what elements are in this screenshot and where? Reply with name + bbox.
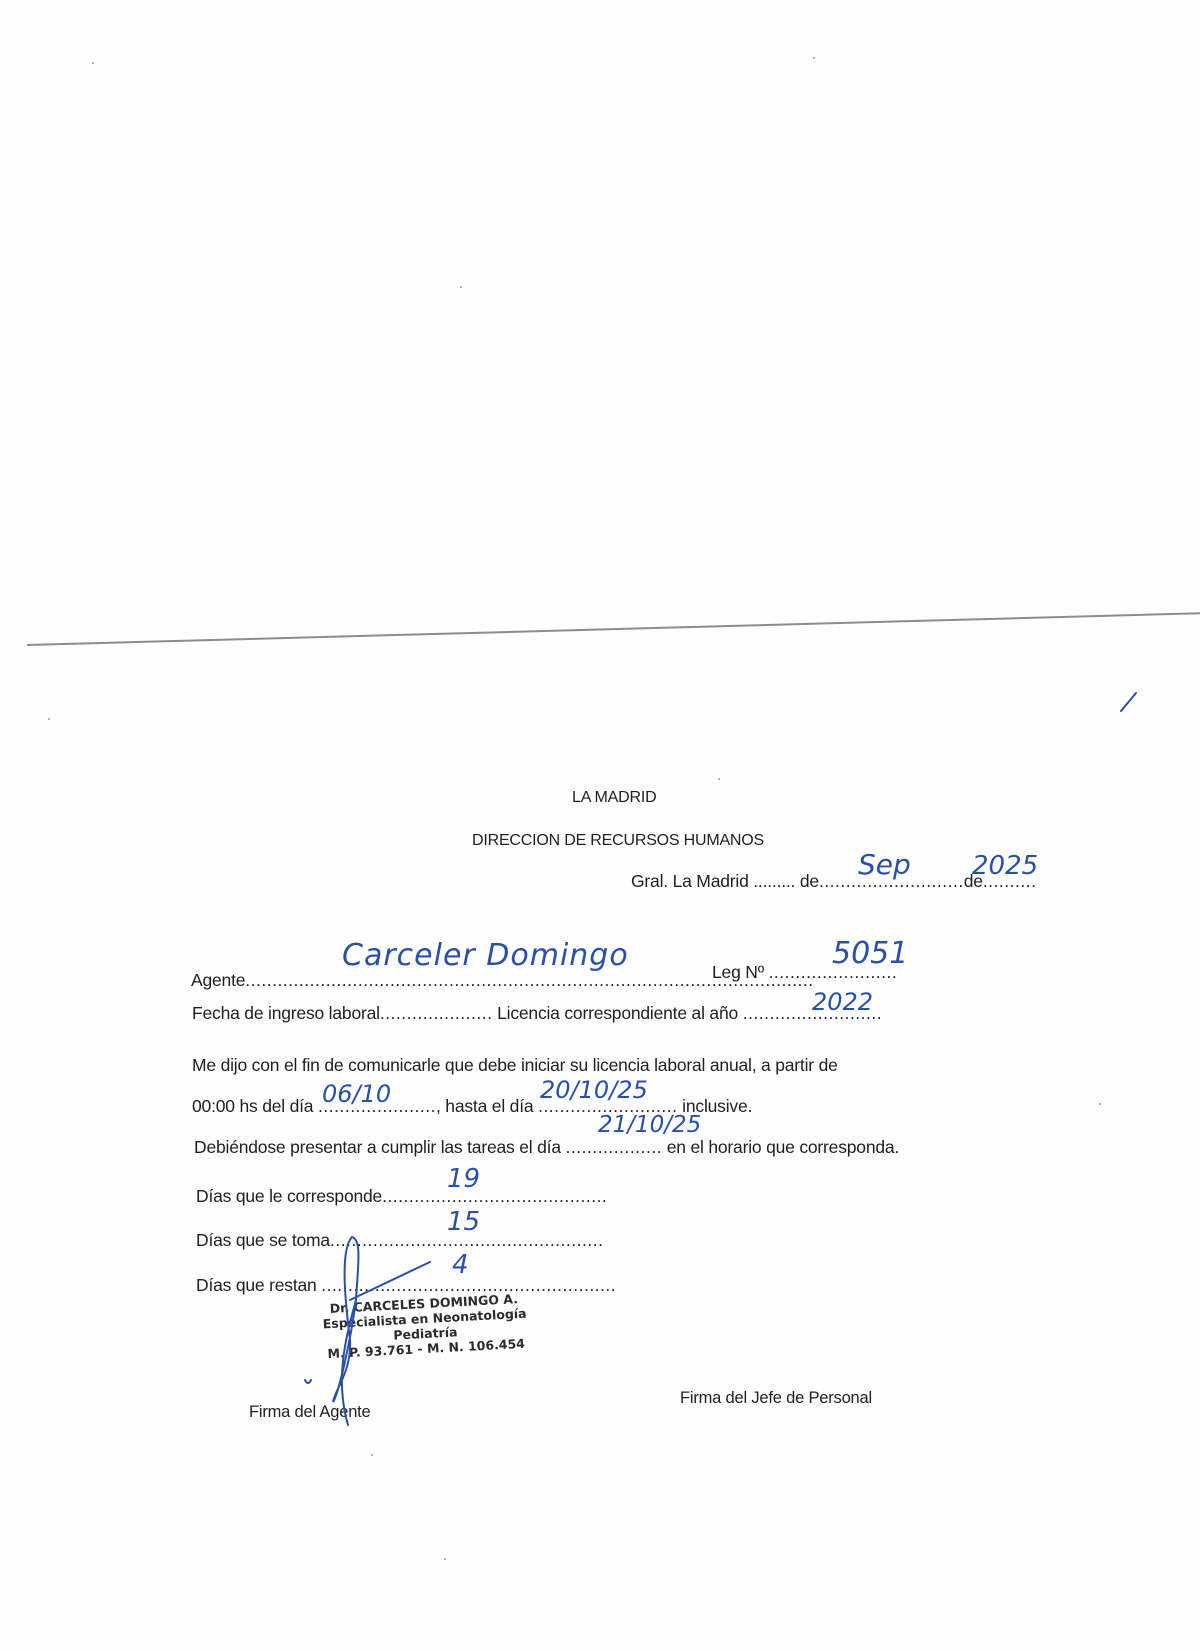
doctor-stamp: Dr. CARCELES DOMINGO A. Especialista en …: [304, 1290, 547, 1362]
scan-speck: [48, 718, 50, 720]
return-row: Debiéndose presentar a cumplir las tarea…: [194, 1137, 899, 1158]
municipality-title: LA MADRID: [572, 789, 656, 807]
department-title: DIRECCION DE RECURSOS HUMANOS: [472, 832, 764, 850]
message-line: Me dijo con el fin de comunicarle que de…: [192, 1055, 838, 1076]
days-dots: ........................................…: [321, 1275, 616, 1295]
scan-speck: [92, 62, 94, 64]
scan-speck: [1099, 1103, 1101, 1105]
leg-label: Leg Nº: [712, 962, 764, 982]
scan-speck: [813, 57, 815, 59]
handwritten-return-date: 21/10/25: [598, 1112, 701, 1138]
date-prefix: Gral. La Madrid ......... de: [631, 871, 819, 891]
licencia-label: Licencia correspondiente al año: [497, 1003, 738, 1023]
scan-speck: [444, 1558, 446, 1560]
handwritten-agent-name: Carceler Domingo: [342, 938, 629, 973]
handwritten-leg-number: 5051: [832, 936, 908, 971]
handwritten-licencia-year: 2022: [812, 988, 873, 1016]
scan-speck: [718, 778, 720, 780]
period-middle: , hasta el día: [436, 1096, 533, 1116]
days-toma-row: Días que se toma........................…: [196, 1230, 603, 1251]
fold-line: [27, 612, 1200, 645]
period-prefix: 00:00 hs del día: [192, 1096, 313, 1116]
handwritten-year: 2025: [972, 851, 1038, 881]
handwritten-days-restan: 4: [452, 1250, 469, 1280]
return-suffix: en el horario que corresponda.: [667, 1137, 899, 1157]
days-label: Días que le corresponde: [196, 1186, 382, 1206]
handwritten-start-date: 06/10: [322, 1080, 391, 1108]
days-dots: ........................................…: [382, 1186, 607, 1206]
scan-speck: [460, 286, 462, 288]
chief-signature-label: Firma del Jefe de Personal: [680, 1389, 872, 1408]
ingreso-row: Fecha de ingreso laboral................…: [192, 1003, 882, 1024]
scan-speck: [371, 1454, 373, 1456]
handwritten-days-toma: 15: [447, 1207, 480, 1237]
scanned-page: LA MADRID DIRECCION DE RECURSOS HUMANOS …: [0, 0, 1200, 1651]
days-corresponde-row: Días que le corresponde.................…: [196, 1186, 607, 1207]
days-restan-row: Días que restan ........................…: [196, 1275, 616, 1296]
signature-scribble-icon: [0, 0, 1200, 1651]
days-label: Días que restan: [196, 1275, 317, 1295]
agent-signature-label: Firma del Agente: [249, 1403, 371, 1422]
handwritten-days-corresponde: 19: [447, 1164, 480, 1194]
agent-label: Agente: [191, 970, 245, 990]
return-dots: ..................: [566, 1137, 663, 1157]
return-prefix: Debiéndose presentar a cumplir las tarea…: [194, 1137, 561, 1157]
handwritten-month: Sep: [858, 848, 911, 881]
days-label: Días que se toma: [196, 1230, 330, 1250]
ingreso-dots: .....................: [380, 1003, 493, 1023]
handwritten-end-date: 20/10/25: [540, 1076, 648, 1104]
ingreso-label: Fecha de ingreso laboral: [192, 1003, 380, 1023]
